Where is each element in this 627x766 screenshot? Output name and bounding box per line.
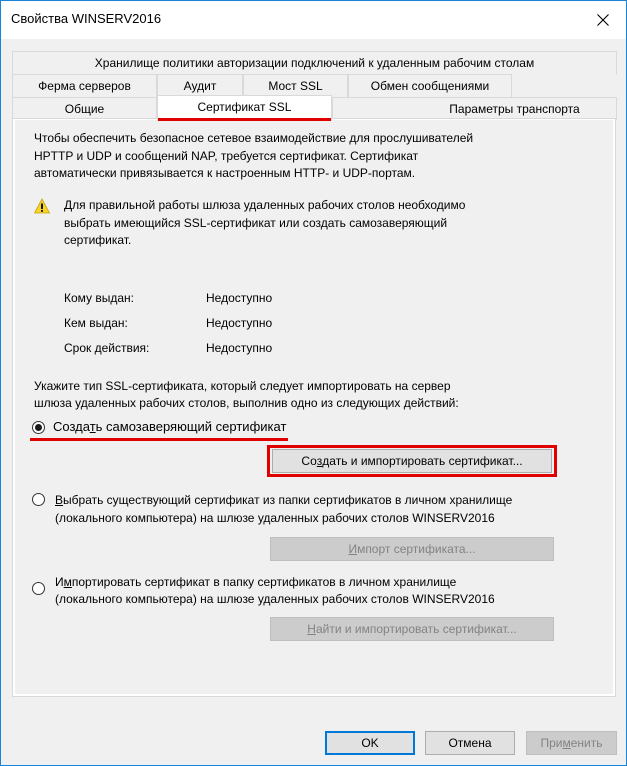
radio-create-self-signed[interactable] xyxy=(32,421,45,434)
tab-label: Параметры транспорта xyxy=(449,102,579,116)
tab-ssl-bridge[interactable]: Мост SSL xyxy=(243,74,348,97)
label-part: айти и импортировать сертификат... xyxy=(316,622,517,636)
tab-ssl-certificate[interactable]: Сертификат SSL xyxy=(157,95,332,121)
option-select-existing-line-2: (локального компьютера) на шлюзе удаленн… xyxy=(55,510,495,526)
tab-label: Обмен сообщениями xyxy=(371,79,489,93)
expiration-label: Срок действия: xyxy=(64,341,149,355)
title-bar: Свойства WINSERV2016 xyxy=(1,1,626,39)
accelerator-key: Н xyxy=(307,622,316,636)
apply-button[interactable]: Применить xyxy=(526,731,617,755)
accelerator-key: В xyxy=(55,493,63,507)
tab-label: Общие xyxy=(65,102,104,116)
tab-messaging[interactable]: Обмен сообщениями xyxy=(348,74,512,97)
tab-server-farm[interactable]: Ферма серверов xyxy=(12,74,157,97)
label-part: ыбрать существующий сертификат из папки … xyxy=(63,493,512,507)
tab-cap-store[interactable]: Хранилище политики авторизации подключен… xyxy=(12,51,617,74)
label-part: портировать сертификат в папку сертифика… xyxy=(72,575,456,589)
choose-line-1: Укажите тип SSL-сертификата, который сле… xyxy=(34,378,451,394)
import-certificate-button[interactable]: Импорт сертификата... xyxy=(270,537,554,561)
label-part: енить xyxy=(571,736,603,750)
issued-to-value: Недоступно xyxy=(206,291,272,305)
radio-import-to-store[interactable] xyxy=(32,582,45,595)
tab-row-2: Ферма серверов Аудит Мост SSL Обмен сооб… xyxy=(12,74,617,97)
accelerator-key: м xyxy=(64,575,72,589)
tab-row-1: Хранилище политики авторизации подключен… xyxy=(12,51,617,74)
tab-general[interactable]: Общие xyxy=(12,97,157,120)
warning-line-2: выбрать имеющийся SSL-сертификат или соз… xyxy=(64,215,447,231)
label-part: дать и импортировать сертификат... xyxy=(322,454,522,468)
expiration-value: Недоступно xyxy=(206,341,272,355)
cancel-button[interactable]: Отмена xyxy=(425,731,515,755)
highlight-underline xyxy=(30,438,288,441)
radio-select-existing[interactable] xyxy=(32,493,45,506)
highlight-underline xyxy=(158,118,331,121)
close-button[interactable] xyxy=(580,1,626,39)
warning-line-1: Для правильной работы шлюза удаленных ра… xyxy=(64,197,465,213)
label-part: ь самозаверяющий сертификат xyxy=(96,419,287,434)
properties-dialog: Свойства WINSERV2016 Хранилище политики … xyxy=(0,0,627,766)
tab-row-3: Общие Сертификат SSL Параметры транспорт… xyxy=(12,97,617,120)
ok-button[interactable]: OK xyxy=(325,731,415,755)
label-part: Со xyxy=(301,454,316,468)
intro-line-3: автоматически привязывается к настроенны… xyxy=(34,165,415,181)
label-part: И xyxy=(55,575,64,589)
tab-label: Ферма серверов xyxy=(38,79,131,93)
warning-icon xyxy=(34,198,50,214)
issued-to-label: Кому выдан: xyxy=(64,291,134,305)
choose-line-2: шлюза удаленных рабочих столов, выполнив… xyxy=(34,395,459,411)
accelerator-key: И xyxy=(348,542,357,556)
issued-by-value: Недоступно xyxy=(206,316,272,330)
option-select-existing-line-1[interactable]: Выбрать существующий сертификат из папки… xyxy=(55,492,512,508)
warning-line-3: сертификат. xyxy=(64,232,131,248)
tab-label: Хранилище политики авторизации подключен… xyxy=(95,56,534,70)
label-part: мпорт сертификата... xyxy=(357,542,475,556)
intro-line-2: HPTTP и UDP и сообщений NAP, требуется с… xyxy=(34,148,418,164)
create-import-certificate-button[interactable]: Создать и импортировать сертификат... xyxy=(272,449,552,473)
find-import-certificate-button[interactable]: Найти и импортировать сертификат... xyxy=(270,617,554,641)
issued-by-label: Кем выдан: xyxy=(64,316,128,330)
window-title: Свойства WINSERV2016 xyxy=(11,11,161,26)
option-import-to-store-line-2: (локального компьютера) на шлюзе удаленн… xyxy=(55,591,495,607)
tab-audit[interactable]: Аудит xyxy=(157,74,243,97)
intro-line-1: Чтобы обеспечить безопасное сетевое взаи… xyxy=(34,130,473,146)
option-import-to-store-line-1[interactable]: Импортировать сертификат в папку сертифи… xyxy=(55,574,456,590)
close-icon xyxy=(597,14,609,26)
option-create-self-signed-label[interactable]: Создать самозаверяющий сертификат xyxy=(53,419,286,435)
tab-label: Мост SSL xyxy=(268,79,322,93)
tab-transport-settings[interactable]: Параметры транспорта xyxy=(332,97,617,120)
tab-label: Аудит xyxy=(184,79,217,93)
accelerator-key: м xyxy=(563,736,571,750)
tab-label: Сертификат SSL xyxy=(198,100,292,114)
label-part: При xyxy=(540,736,562,750)
label-part: Созда xyxy=(53,419,90,434)
